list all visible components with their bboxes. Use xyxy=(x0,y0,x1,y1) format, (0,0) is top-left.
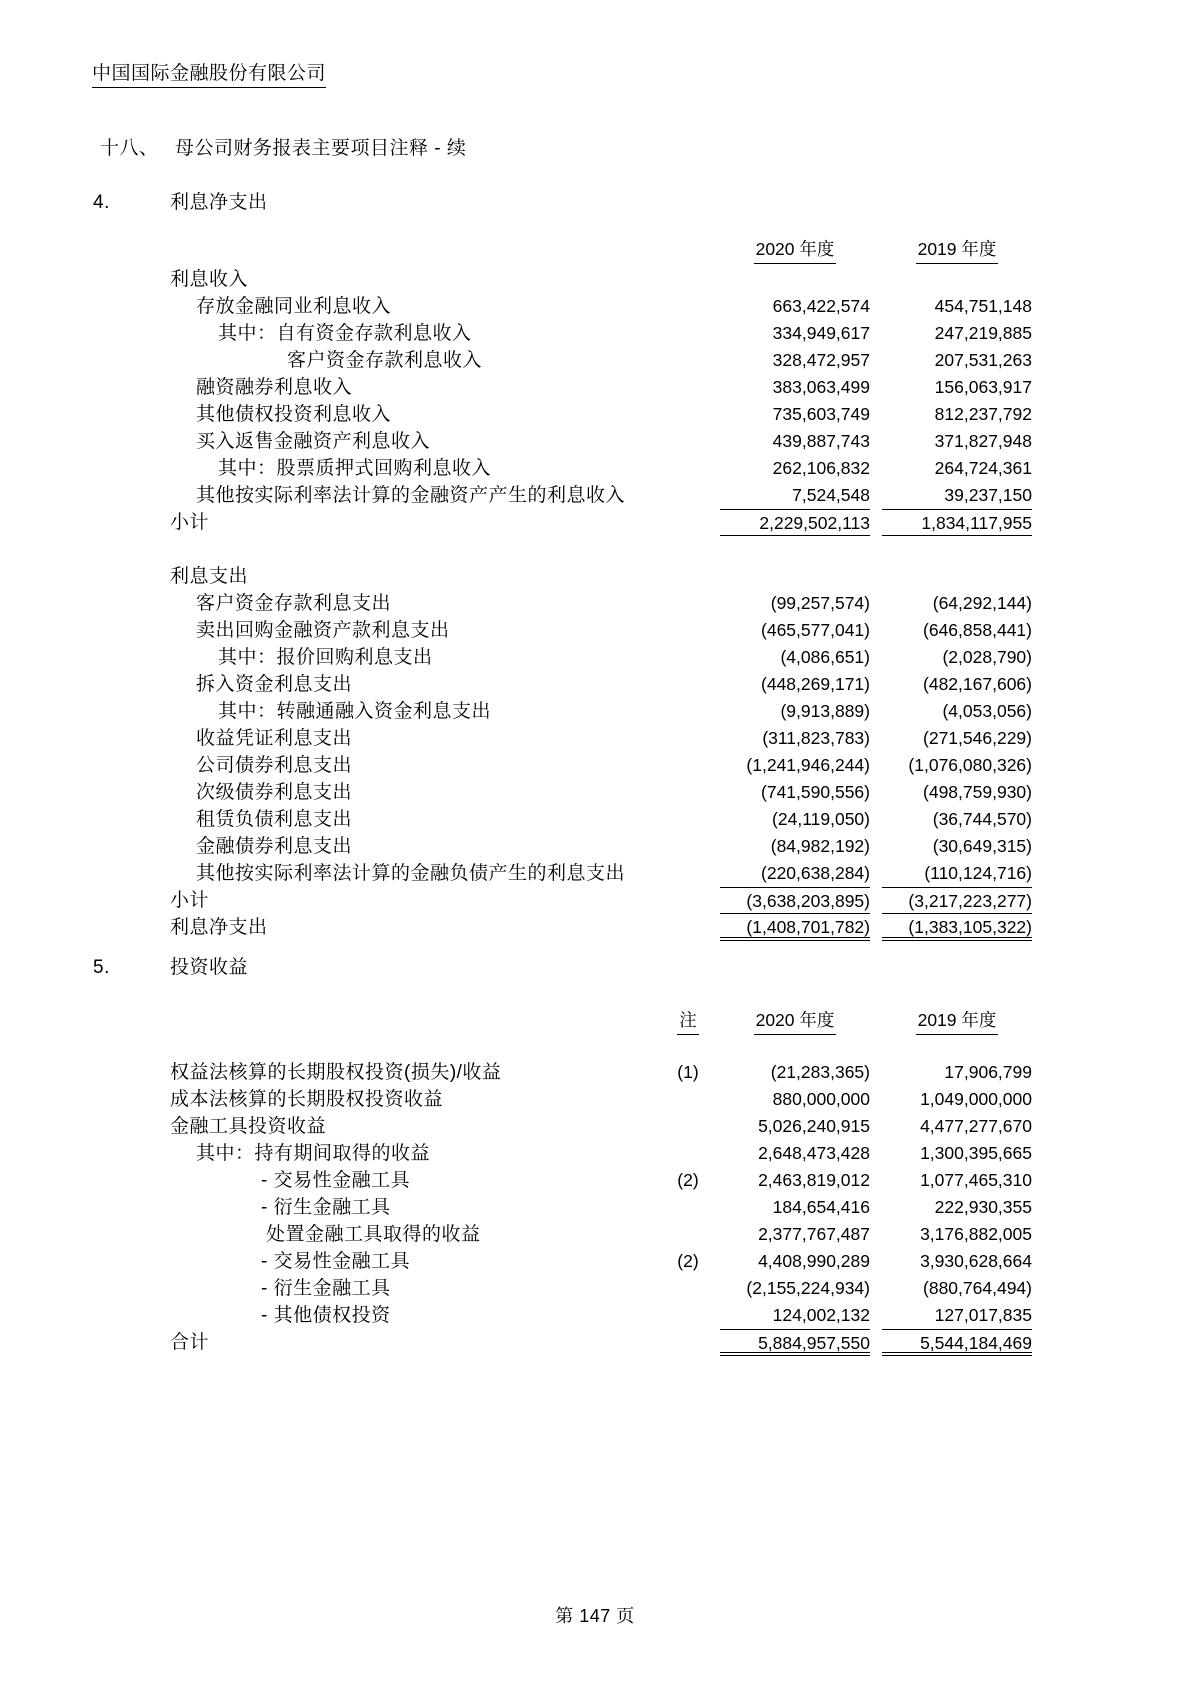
row-label: 其中：股票质押式回购利息收入 xyxy=(170,455,666,482)
row-value-2019: 1,300,395,665 xyxy=(882,1140,1032,1167)
table-row: 拆入资金利息支出(448,269,171)(482,167,606) xyxy=(170,671,1032,698)
row-note xyxy=(666,1275,710,1302)
row-note: (1) xyxy=(666,1059,710,1086)
table-body: 权益法核算的长期股权投资(损失)/收益(1)(21,283,365)17,906… xyxy=(170,1059,1032,1356)
row-note xyxy=(666,1221,710,1248)
row-value-2019 xyxy=(882,563,1032,590)
section-interest-net-expense: 4. 利息净支出 2020 年度 2019 年度 利息收入存放金融同业利息收入6… xyxy=(93,190,1032,941)
table-row: 存放金融同业利息收入663,422,574454,751,148 xyxy=(170,293,1032,320)
row-note xyxy=(666,698,710,725)
row-note xyxy=(666,1113,710,1140)
row-label: 拆入资金利息支出 xyxy=(170,671,666,698)
row-value-2019: 3,176,882,005 xyxy=(882,1221,1032,1248)
row-note xyxy=(666,401,710,428)
table-row: 客户资金存款利息收入328,472,957207,531,263 xyxy=(170,347,1032,374)
row-label: 金融债券利息支出 xyxy=(170,833,666,860)
row-value-2019: (36,744,570) xyxy=(882,806,1032,833)
table-row: - 其他债权投资124,002,132127,017,835 xyxy=(170,1302,1032,1329)
row-note xyxy=(666,347,710,374)
row-value-2019: 39,237,150 xyxy=(882,482,1032,509)
table-row: 其他按实际利率法计算的金融负债产生的利息支出(220,638,284)(110,… xyxy=(170,860,1032,887)
row-value-2020: (99,257,574) xyxy=(720,590,870,617)
row-label: - 衍生金融工具 xyxy=(170,1194,666,1221)
section-investment-income: 5. 投资收益 注 2020 年度 2019 年度 权益法核算的长期股权投资(损… xyxy=(93,955,1032,1356)
row-label: 租赁负债利息支出 xyxy=(170,806,666,833)
row-label: 买入返售金融资产利息收入 xyxy=(170,428,666,455)
row-label: 小计 xyxy=(170,509,666,536)
table-row: 利息净支出(1,408,701,782)(1,383,105,322) xyxy=(170,914,1032,941)
row-note xyxy=(666,293,710,320)
row-value-2019: (498,759,930) xyxy=(882,779,1032,806)
row-label: 成本法核算的长期股权投资收益 xyxy=(170,1086,666,1113)
row-note xyxy=(666,806,710,833)
row-value-2019: (1,383,105,322) xyxy=(882,914,1032,941)
table-row: 合计5,884,957,5505,544,184,469 xyxy=(170,1329,1032,1356)
row-value-2020: 5,884,957,550 xyxy=(720,1329,870,1356)
column-header-note: 注 xyxy=(666,1007,710,1035)
row-label: 权益法核算的长期股权投资(损失)/收益 xyxy=(170,1059,666,1086)
row-label: 存放金融同业利息收入 xyxy=(170,293,666,320)
row-value-2019: (110,124,716) xyxy=(882,860,1032,887)
row-value-2020: 439,887,743 xyxy=(720,428,870,455)
table-row: 其他债权投资利息收入735,603,749812,237,792 xyxy=(170,401,1032,428)
table-row: 其中：持有期间取得的收益2,648,473,4281,300,395,665 xyxy=(170,1140,1032,1167)
column-header-2020: 2020 年度 xyxy=(720,1007,870,1035)
row-value-2020: 7,524,548 xyxy=(720,482,870,509)
row-value-2019: 454,751,148 xyxy=(882,293,1032,320)
row-value-2020: 663,422,574 xyxy=(720,293,870,320)
row-label: 卖出回购金融资产款利息支出 xyxy=(170,617,666,644)
row-label: - 交易性金融工具 xyxy=(170,1167,666,1194)
table-row: 其他按实际利率法计算的金融资产产生的利息收入7,524,54839,237,15… xyxy=(170,482,1032,509)
row-note xyxy=(666,266,710,293)
row-label: 利息收入 xyxy=(170,266,666,293)
row-label: - 衍生金融工具 xyxy=(170,1275,666,1302)
chapter-title: 母公司财务报表主要项目注释 - 续 xyxy=(175,136,466,162)
row-value-2019: 1,077,465,310 xyxy=(882,1167,1032,1194)
row-note xyxy=(666,644,710,671)
row-label: 收益凭证利息支出 xyxy=(170,725,666,752)
row-value-2020: (4,086,651) xyxy=(720,644,870,671)
row-label: - 交易性金融工具 xyxy=(170,1248,666,1275)
row-value-2019: (482,167,606) xyxy=(882,671,1032,698)
row-label: 其中：自有资金存款利息收入 xyxy=(170,320,666,347)
table-row: 小计(3,638,203,895)(3,217,223,277) xyxy=(170,887,1032,914)
row-value-2020 xyxy=(720,563,870,590)
row-value-2020: (448,269,171) xyxy=(720,671,870,698)
table-row: 次级债券利息支出(741,590,556)(498,759,930) xyxy=(170,779,1032,806)
row-label: 次级债券利息支出 xyxy=(170,779,666,806)
row-value-2019: 812,237,792 xyxy=(882,401,1032,428)
column-header-2020: 2020 年度 xyxy=(720,236,870,264)
row-note: (2) xyxy=(666,1248,710,1275)
table-row: 权益法核算的长期股权投资(损失)/收益(1)(21,283,365)17,906… xyxy=(170,1059,1032,1086)
row-note xyxy=(666,833,710,860)
row-note xyxy=(666,482,710,509)
header-spacer xyxy=(170,1007,666,1035)
row-label: 利息净支出 xyxy=(170,914,666,941)
row-label: 其中：报价回购利息支出 xyxy=(170,644,666,671)
row-value-2020: 124,002,132 xyxy=(720,1302,870,1329)
row-note xyxy=(666,914,710,941)
row-value-2019: (4,053,056) xyxy=(882,698,1032,725)
table-row: 收益凭证利息支出(311,823,783)(271,546,229) xyxy=(170,725,1032,752)
section-heading: 4. 利息净支出 xyxy=(93,190,1032,216)
row-label: 其中：转融通融入资金利息支出 xyxy=(170,698,666,725)
row-label: 合计 xyxy=(170,1329,666,1356)
table-row: 利息支出 xyxy=(170,563,1032,590)
row-label: 其他按实际利率法计算的金融资产产生的利息收入 xyxy=(170,482,666,509)
row-value-2020: (1,408,701,782) xyxy=(720,914,870,941)
table-row: 处置金融工具取得的收益2,377,767,4873,176,882,005 xyxy=(170,1221,1032,1248)
header-spacer xyxy=(170,236,666,264)
row-note xyxy=(666,1086,710,1113)
row-value-2020: (3,638,203,895) xyxy=(720,887,870,914)
row-label: 客户资金存款利息支出 xyxy=(170,590,666,617)
column-header-2019: 2019 年度 xyxy=(882,1007,1032,1035)
row-value-2019: 4,477,277,670 xyxy=(882,1113,1032,1140)
row-value-2020: 328,472,957 xyxy=(720,347,870,374)
row-note xyxy=(666,590,710,617)
row-note xyxy=(666,1140,710,1167)
row-label: 其他按实际利率法计算的金融负债产生的利息支出 xyxy=(170,860,666,887)
row-note xyxy=(666,1194,710,1221)
row-value-2020: (24,119,050) xyxy=(720,806,870,833)
row-note xyxy=(666,1329,710,1356)
row-note xyxy=(666,509,710,536)
row-label: 利息支出 xyxy=(170,563,666,590)
row-value-2020: 5,026,240,915 xyxy=(720,1113,870,1140)
row-value-2020: (465,577,041) xyxy=(720,617,870,644)
table-header-row: 注 2020 年度 2019 年度 xyxy=(170,1007,1032,1035)
row-note xyxy=(666,671,710,698)
row-value-2020: (220,638,284) xyxy=(720,860,870,887)
row-value-2019: 1,834,117,955 xyxy=(882,509,1032,536)
row-value-2020: 184,654,416 xyxy=(720,1194,870,1221)
row-label: 处置金融工具取得的收益 xyxy=(170,1221,666,1248)
row-value-2019: (880,764,494) xyxy=(882,1275,1032,1302)
table-row: 其中：自有资金存款利息收入334,949,617247,219,885 xyxy=(170,320,1032,347)
row-note xyxy=(666,374,710,401)
investment-table: 注 2020 年度 2019 年度 权益法核算的长期股权投资(损失)/收益(1)… xyxy=(170,1007,1032,1356)
row-value-2019: 264,724,361 xyxy=(882,455,1032,482)
page-number: 第 147 页 xyxy=(0,1602,1190,1628)
row-note xyxy=(666,320,710,347)
table-row: 买入返售金融资产利息收入439,887,743371,827,948 xyxy=(170,428,1032,455)
row-note xyxy=(666,1302,710,1329)
row-label: - 其他债权投资 xyxy=(170,1302,666,1329)
row-value-2020: 4,408,990,289 xyxy=(720,1248,870,1275)
section-number: 5. xyxy=(93,955,170,981)
row-value-2019: 371,827,948 xyxy=(882,428,1032,455)
row-value-2019: (64,292,144) xyxy=(882,590,1032,617)
row-value-2019 xyxy=(882,266,1032,293)
row-value-2019: 247,219,885 xyxy=(882,320,1032,347)
row-value-2020: 2,377,767,487 xyxy=(720,1221,870,1248)
row-label: 客户资金存款利息收入 xyxy=(170,347,666,374)
table-row: 金融债券利息支出(84,982,192)(30,649,315) xyxy=(170,833,1032,860)
table-row: - 交易性金融工具(2)4,408,990,2893,930,628,664 xyxy=(170,1248,1032,1275)
table-row: 其中：股票质押式回购利息收入262,106,832264,724,361 xyxy=(170,455,1032,482)
row-value-2020: 2,229,502,113 xyxy=(720,509,870,536)
row-value-2019: 156,063,917 xyxy=(882,374,1032,401)
row-note xyxy=(666,752,710,779)
table-row: 卖出回购金融资产款利息支出(465,577,041)(646,858,441) xyxy=(170,617,1032,644)
row-value-2020: 735,603,749 xyxy=(720,401,870,428)
row-label: 其他债权投资利息收入 xyxy=(170,401,666,428)
row-note xyxy=(666,617,710,644)
table-row: 其中：报价回购利息支出(4,086,651)(2,028,790) xyxy=(170,644,1032,671)
row-label: 其中：持有期间取得的收益 xyxy=(170,1140,666,1167)
table-row: 公司债券利息支出(1,241,946,244)(1,076,080,326) xyxy=(170,752,1032,779)
row-value-2020: 334,949,617 xyxy=(720,320,870,347)
row-label: 金融工具投资收益 xyxy=(170,1113,666,1140)
section-number: 4. xyxy=(93,190,170,216)
row-note xyxy=(666,455,710,482)
row-note xyxy=(666,887,710,914)
row-note xyxy=(666,428,710,455)
table-row: 成本法核算的长期股权投资收益880,000,0001,049,000,000 xyxy=(170,1086,1032,1113)
row-value-2019: 17,906,799 xyxy=(882,1059,1032,1086)
row-value-2019: 207,531,263 xyxy=(882,347,1032,374)
column-header-2019: 2019 年度 xyxy=(882,236,1032,264)
row-value-2020: (21,283,365) xyxy=(720,1059,870,1086)
row-note xyxy=(666,725,710,752)
row-value-2019: 127,017,835 xyxy=(882,1302,1032,1329)
row-value-2020: (84,982,192) xyxy=(720,833,870,860)
row-value-2019: (1,076,080,326) xyxy=(882,752,1032,779)
row-value-2020: 262,106,832 xyxy=(720,455,870,482)
table-header-row: 2020 年度 2019 年度 xyxy=(170,236,1032,264)
table-row: 金融工具投资收益5,026,240,9154,477,277,670 xyxy=(170,1113,1032,1140)
row-note xyxy=(666,860,710,887)
row-label: 公司债券利息支出 xyxy=(170,752,666,779)
company-name: 中国国际金融股份有限公司 xyxy=(92,62,326,88)
row-value-2020: (741,590,556) xyxy=(720,779,870,806)
row-value-2020: (2,155,224,934) xyxy=(720,1275,870,1302)
row-value-2019: (30,649,315) xyxy=(882,833,1032,860)
table-row: - 衍生金融工具184,654,416222,930,355 xyxy=(170,1194,1032,1221)
row-value-2020: 2,648,473,428 xyxy=(720,1140,870,1167)
section-heading: 5. 投资收益 xyxy=(93,955,1032,981)
table-row: 租赁负债利息支出(24,119,050)(36,744,570) xyxy=(170,806,1032,833)
document-page: 中国国际金融股份有限公司 十八、 母公司财务报表主要项目注释 - 续 4. 利息… xyxy=(0,0,1190,1684)
row-note xyxy=(666,779,710,806)
row-value-2019: 3,930,628,664 xyxy=(882,1248,1032,1275)
section-title: 投资收益 xyxy=(170,955,248,981)
row-value-2020: 383,063,499 xyxy=(720,374,870,401)
table-row: 融资融券利息收入383,063,499156,063,917 xyxy=(170,374,1032,401)
section-title: 利息净支出 xyxy=(170,190,268,216)
row-value-2020: (9,913,889) xyxy=(720,698,870,725)
row-note: (2) xyxy=(666,1167,710,1194)
table-row: 利息收入 xyxy=(170,266,1032,293)
row-value-2020: 2,463,819,012 xyxy=(720,1167,870,1194)
chapter-heading: 十八、 母公司财务报表主要项目注释 - 续 xyxy=(100,136,466,162)
row-value-2020: (1,241,946,244) xyxy=(720,752,870,779)
spacer-row xyxy=(170,536,1032,563)
table-row: - 交易性金融工具(2)2,463,819,0121,077,465,310 xyxy=(170,1167,1032,1194)
chapter-number: 十八、 xyxy=(100,136,175,162)
table-row: 客户资金存款利息支出(99,257,574)(64,292,144) xyxy=(170,590,1032,617)
header-spacer xyxy=(666,236,710,264)
table-body: 利息收入存放金融同业利息收入663,422,574454,751,148其中：自… xyxy=(170,266,1032,941)
table-row: 其中：转融通融入资金利息支出(9,913,889)(4,053,056) xyxy=(170,698,1032,725)
table-row: - 衍生金融工具(2,155,224,934)(880,764,494) xyxy=(170,1275,1032,1302)
row-value-2019: 5,544,184,469 xyxy=(882,1329,1032,1356)
row-value-2020: 880,000,000 xyxy=(720,1086,870,1113)
row-value-2019: 1,049,000,000 xyxy=(882,1086,1032,1113)
row-value-2020 xyxy=(720,266,870,293)
row-value-2019: (271,546,229) xyxy=(882,725,1032,752)
row-value-2019: (646,858,441) xyxy=(882,617,1032,644)
row-value-2020: (311,823,783) xyxy=(720,725,870,752)
row-label: 小计 xyxy=(170,887,666,914)
row-note xyxy=(666,563,710,590)
row-value-2019: (2,028,790) xyxy=(882,644,1032,671)
table-row: 小计2,229,502,1131,834,117,955 xyxy=(170,509,1032,536)
row-value-2019: (3,217,223,277) xyxy=(882,887,1032,914)
interest-table: 2020 年度 2019 年度 利息收入存放金融同业利息收入663,422,57… xyxy=(170,236,1032,941)
row-label: 融资融券利息收入 xyxy=(170,374,666,401)
row-value-2019: 222,930,355 xyxy=(882,1194,1032,1221)
